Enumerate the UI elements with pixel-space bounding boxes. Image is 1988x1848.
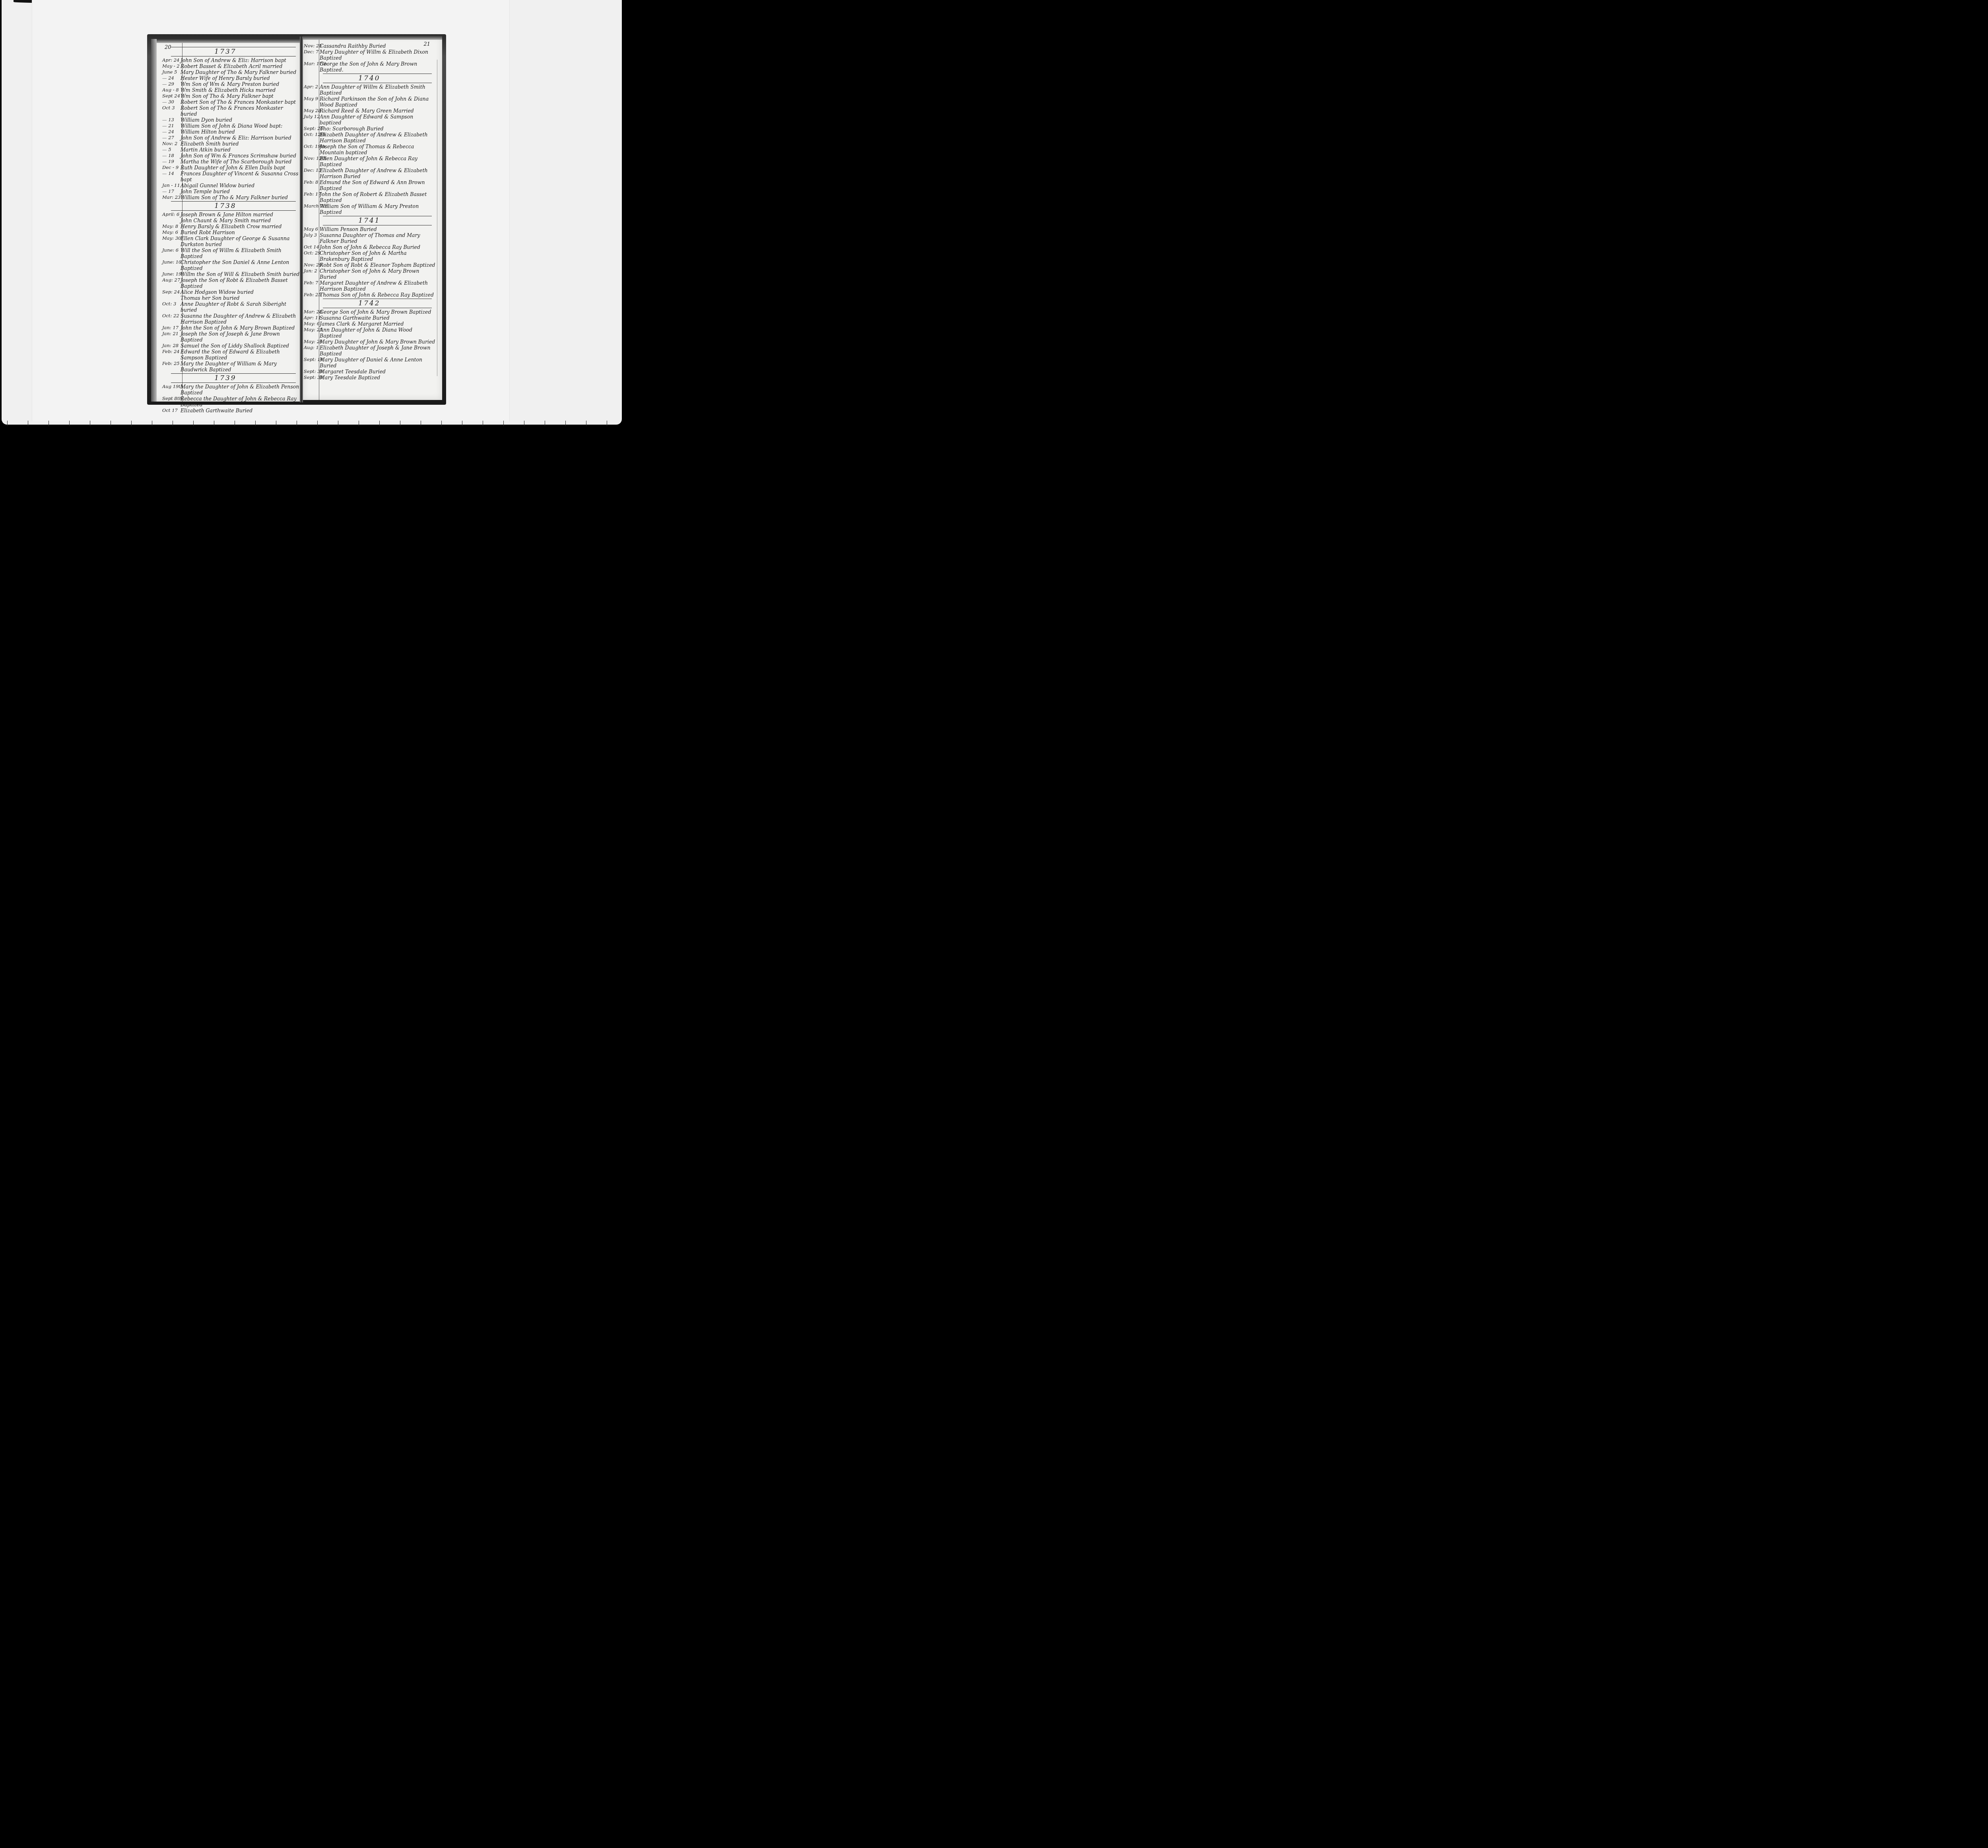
entry-text: Robt Son of Robt & Eleanor Topham Baptiz… [318,262,436,268]
ruled-line [323,83,432,83]
entry-text: John the Son of John & Mary Brown Baptiz… [179,325,300,331]
register-entry: Oct: 12thElizabeth Daughter of Andrew & … [303,132,436,144]
register-entry: July 3Susanna Daughter of Thomas and Mar… [303,232,436,244]
register-entry: Nov: 25Cassandra Raithby Buried [303,43,436,49]
register-entry: May 9Richard Parkinson the Son of John &… [303,96,436,108]
register-entry: Nov: 2Elizabeth Smith buried [151,141,300,147]
ruled-line [171,56,296,56]
entry-text: Elizabeth Daughter of Andrew & Elizabeth… [318,132,436,144]
entry-text: Elizabeth Smith buried [179,141,300,147]
entry-text: Ann Daughter of John & Diana Wood Baptiz… [318,327,436,339]
film-tick [90,421,90,426]
film-tick [503,421,504,426]
register-entry: Mar: 28George Son of John & Mary Brown B… [303,309,436,315]
entry-text: Robert Son of Tho & Frances Monkaster bu… [179,105,300,117]
entry-text: Tho: Scarborough Buried [318,126,436,132]
entry-date: — 18 [151,153,179,159]
entry-text: John Son of Wm & Frances Scrimshaw burie… [179,153,300,159]
entry-text: George Son of John & Mary Brown Baptized [318,309,436,315]
film-tick [400,421,400,426]
register-entry: May: 26Mary Daughter of John & Mary Brow… [303,339,436,345]
entry-date: — 24 [151,75,179,81]
left-page-entries: 1737Apr: 24John Son of Andrew & Eliz: Ha… [151,46,300,413]
film-tick [586,421,586,426]
entry-date: Aug: 1 [303,345,318,351]
entry-date: Jan: 28 [151,343,179,349]
entry-date: Mar: 28 [303,309,318,315]
film-tick [317,421,318,426]
entry-date: — 17 [151,188,179,194]
entry-date: Oct 14 [303,244,318,250]
entry-text: Mary Daughter of Willm & Elizabeth Dixon… [318,49,436,61]
entry-text: Robert Son of Tho & Frances Monkaster ba… [179,99,300,105]
entry-text: Susanna Garthwaite Buried [318,315,436,321]
entry-text: Richard Reed & Mary Green Married [318,108,436,114]
entry-date: May 28 [303,108,318,114]
ruled-line [171,373,296,374]
entry-text: Elizabeth Daughter of Andrew & Elizabeth… [318,167,436,179]
year-heading: 1739 [151,373,300,383]
film-tick [131,421,132,426]
register-entry: Jan: 17John the Son of John & Mary Brown… [151,325,300,331]
register-entry: John Chaunt & Mary Smith married [151,217,300,223]
register-entry: — 19Martha the Wife of Tho Scarborough b… [151,159,300,165]
entry-text: Samuel the Son of Liddy Shallock Baptize… [179,343,300,349]
entry-text: Edmund the Son of Edward & Ann Brown Bap… [318,179,436,191]
entry-date: May: 30 [151,235,179,241]
register-entry: June: 19Willm the Son of Will & Elizabet… [151,271,300,277]
register-entry: Sept 24Wm Son of Tho & Mary Falkner bapt [151,93,300,99]
entry-text: Margaret Teesdale Buried [318,369,436,375]
entry-date: — 19 [151,159,179,165]
entry-text: Richard Parkinson the Son of John & Dian… [318,96,436,108]
entry-text: William Penson Buried [318,226,436,232]
entry-text: Mary Daughter of Tho & Mary Falkner buri… [179,69,300,75]
entry-text: Willm the Son of Will & Elizabeth Smith … [179,271,300,277]
film-tick [255,421,256,426]
entry-date: Feb: 24 [151,349,179,355]
entry-text: Elizabeth Daughter of Joseph & Jane Brow… [318,345,436,357]
entry-text: Robert Basset & Elizabeth Acril married [179,63,300,69]
entry-date: — 27 [151,135,179,141]
entry-text: Joseph Brown & Jane Hilton married [179,212,300,217]
register-entry: May: 6James Clark & Margaret Married [303,321,436,327]
entry-text: Wm Son of Tho & Mary Falkner bapt [179,93,300,99]
ruled-line [171,201,296,202]
entry-date: Jan - 11 [151,182,179,188]
entry-date: Oct: 19th [303,144,318,149]
film-edge-ticks [0,419,623,426]
entry-date: — 13 [151,117,179,123]
entry-date: Feb: 17 [303,191,318,197]
entry-text: James Clark & Margaret Married [318,321,436,327]
film-tick [483,421,483,426]
entry-text: Abigail Gunnel Widow buried [179,182,300,188]
film-tick [49,421,49,426]
film-tick [193,421,194,426]
entry-text: Martha the Wife of Tho Scarborough burie… [179,159,300,165]
entry-text: William Son of Tho & Mary Falkner buried [179,194,300,200]
film-tick [214,421,214,426]
register-entry: May: 25Ann Daughter of John & Diana Wood… [303,327,436,339]
register-entry: — 24William Hilton buried [151,129,300,135]
entry-date: Nov: 29 [303,262,318,268]
film-tick [152,421,152,426]
register-entry: Dec - 9Ruth Daughter of John & Ellen Dai… [151,165,300,171]
register-entry: Feb: 17John the Son of Robert & Elizabet… [303,191,436,203]
entry-date: June: 19 [151,271,179,277]
ruled-line [171,382,296,383]
entry-date: May: 6 [151,229,179,235]
year-label: 1739 [214,374,236,382]
entry-date: Apr: 11 [303,315,318,321]
film-tick [565,421,566,426]
film-tick [276,421,276,426]
entry-date: Feb: 25 [151,361,179,367]
entry-text: Christopher Son of John & Mary Brown Bur… [318,268,436,280]
register-entry: Feb: 25Thomas Son of John & Rebecca Ray … [303,292,436,298]
register-entry: Aug: 27Joseph the Son of Robt & Elizabet… [151,277,300,289]
entry-text: William Hilton buried [179,129,300,135]
entry-date: — 21 [151,123,179,129]
entry-date: Oct: 29 [303,250,318,256]
entry-date: May 6 [303,226,318,232]
entry-text: Wm Son of Wm & Mary Preston buried [179,81,300,87]
register-entry: Sep: 24Alice Hodgson Widow buried [151,289,300,295]
ruled-line [323,225,432,225]
register-entry: Feb: 8Edmund the Son of Edward & Ann Bro… [303,179,436,191]
entry-text: Joseph the Son of Joseph & Jane Brown Ba… [179,331,300,343]
entry-text: Alice Hodgson Widow buried [179,289,300,295]
register-entry: Apr: 2Ann Daughter of Willm & Elizabeth … [303,84,436,96]
film-tick [235,421,235,426]
entry-date: Feb: 7 [303,280,318,286]
entry-date: June: 6 [151,247,179,253]
register-entry: Aug: 1Elizabeth Daughter of Joseph & Jan… [303,345,436,357]
register-entry: Oct: 22Susanna the Daughter of Andrew & … [151,313,300,325]
register-entry: — 30Robert Son of Tho & Frances Monkaste… [151,99,300,105]
entry-date: May: 6 [303,321,318,327]
register-entry: Oct: 19thJoseph the Son of Thomas & Rebe… [303,144,436,155]
register-entry: June 5Mary Daughter of Tho & Mary Falkne… [151,69,300,75]
book-spine [300,37,303,402]
register-entry: Apr: 24John Son of Andrew & Eliz: Harris… [151,57,300,63]
entry-text: Mary the Daughter of John & Elizabeth Pe… [179,384,300,396]
year-heading: 1737 [151,47,300,56]
entry-text: Ann Daughter of Willm & Elizabeth Smith … [318,84,436,96]
register-entry: — 21William Son of John & Diana Wood bap… [151,123,300,129]
entry-text: Mary Daughter of John & Mary Brown Burie… [318,339,436,345]
entry-text: Rebecca the Daughter of John & Rebecca R… [179,396,300,408]
register-entry: May 28Richard Reed & Mary Green Married [303,108,436,114]
register-entry: Oct 14John Son of John & Rebecca Ray Bur… [303,244,436,250]
register-entry: Oct: 3Anne Daughter of Robt & Sarah Sibe… [151,301,300,313]
entry-date: Sept: 30 [303,369,318,375]
entry-date: Feb: 25 [303,292,318,298]
register-entry: Feb: 7Margaret Daughter of Andrew & Eliz… [303,280,436,292]
entry-text: Joseph the Son of Thomas & Rebecca Mount… [318,144,436,155]
entry-text: George the Son of John & Mary Brown Bapt… [318,61,436,73]
year-heading: 1740 [303,74,436,83]
entry-date: — 5 [151,147,179,153]
entry-date: Sept: 14 [303,357,318,363]
entry-text: Buried Robt Harrison [179,229,300,235]
left-page: 20 1737Apr: 24John Son of Andrew & Eliz:… [151,39,300,402]
entry-date: Nov: 2 [151,141,179,147]
register-book: 20 1737Apr: 24John Son of Andrew & Eliz:… [147,34,446,405]
entry-date: Sep: 24 [151,289,179,295]
register-entry: Oct: 29Christopher Son of John & Martha … [303,250,436,262]
entry-text: Susanna the Daughter of Andrew & Elizabe… [179,313,300,325]
right-page-entries: Nov: 25Cassandra Raithby BuriedDec: 7Mar… [303,43,436,380]
register-entry: Sept: 30Mary Teesdale Baptized [303,375,436,380]
entry-text: Cassandra Raithby Buried [318,43,436,49]
film-tick [462,421,462,426]
register-entry: May: 8Henry Barsly & Elizabeth Crow marr… [151,223,300,229]
right-page-top-edge [303,36,442,40]
right-page: 21 Nov: 25Cassandra Raithby BuriedDec: 7… [303,36,442,400]
entry-text: Wm Smith & Elizabeth Hicks married [179,87,300,93]
film-tick [7,421,8,426]
entry-date: Apr: 2 [303,84,318,90]
register-entry: Thomas her Son buried [151,295,300,301]
register-entry: — 14Frances Daughter of Vincent & Susann… [151,171,300,182]
film-tick [441,421,442,426]
entry-date: Jan: 2 [303,268,318,274]
entry-text: Thomas Son of John & Rebecca Ray Baptize… [318,292,436,298]
film-tick [421,421,421,426]
entry-text: John the Son of Robert & Elizabeth Basse… [318,191,436,203]
register-entry: Aug - 8Wm Smith & Elizabeth Hicks marrie… [151,87,300,93]
entry-date: Oct: 22 [151,313,179,319]
register-entry: Mar: 23William Son of Tho & Mary Falkner… [151,194,300,200]
entry-text: Christopher the Son Daniel & Anne Lenton… [179,259,300,271]
entry-date: Oct 17 [151,408,179,413]
ruled-line [323,216,432,216]
register-entry: — 29Wm Son of Wm & Mary Preston buried [151,81,300,87]
film-tick [359,421,359,426]
entry-date: Nov: 25 [303,43,318,49]
register-entry: April: 6Joseph Brown & Jane Hilton marri… [151,212,300,217]
entry-date: Oct: 12th [303,132,318,138]
register-entry: — 18John Son of Wm & Frances Scrimshaw b… [151,153,300,159]
year-heading: 1738 [151,201,300,211]
entry-date: — 14 [151,171,179,177]
entry-text: Ellen Clark Daughter of George & Susanna… [179,235,300,247]
entry-text: Ellen Daughter of John & Rebecca Ray Bap… [318,155,436,167]
film-tick [524,421,524,426]
register-entry: Sept: 26Tho: Scarborough Buried [303,126,436,132]
entry-date: Sept 8th [151,396,179,402]
register-entry: Oct 3Robert Son of Tho & Frances Monkast… [151,105,300,117]
entry-date: April: 6 [151,212,179,217]
entry-text: Mary Teesdale Baptized [318,375,436,380]
entry-date: July 12 [303,114,318,120]
entry-text: Elizabeth Garthwaite Buried [179,408,300,413]
entry-date: Nov: 13th [303,155,318,161]
register-entry: June: 6Will the Son of Willm & Elizabeth… [151,247,300,259]
entry-date: Aug - 8 [151,87,179,93]
film-tick [111,421,111,426]
entry-text: William Son of William & Mary Preston Ba… [318,203,436,215]
film-tick [297,421,297,426]
film-tick [379,421,380,426]
entry-date: May: 26 [303,339,318,345]
entry-date: Sept 24 [151,93,179,99]
entry-text: Hester Wife of Henry Barsly buried [179,75,300,81]
entry-text: John Son of Andrew & Eliz: Harrison bapt [179,57,300,63]
entry-date: Aug 19th [151,384,179,390]
entry-text: Joseph the Son of Robt & Elizabeth Basse… [179,277,300,289]
entry-text: Frances Daughter of Vincent & Susanna Cr… [179,171,300,182]
entry-date: Apr: 24 [151,57,179,63]
year-heading: 1742 [303,299,436,308]
register-entry: May - 2Robert Basset & Elizabeth Acril m… [151,63,300,69]
register-entry: — 5Martin Atkin buried [151,147,300,153]
entry-text: Mary the Daughter of William & Mary Baud… [179,361,300,373]
entry-text: Will the Son of Willm & Elizabeth Smith … [179,247,300,259]
entry-date: May: 25 [303,327,318,333]
entry-date: July 3 [303,232,318,238]
ruled-line [323,74,432,74]
entry-text: Ann Daughter of Edward & Sampson baptize… [318,114,436,126]
register-entry: June: 10Christopher the Son Daniel & Ann… [151,259,300,271]
entry-text: John Temple buried [179,188,300,194]
entry-text: John Son of John & Rebecca Ray Buried [318,244,436,250]
register-entry: — 13William Dyon buried [151,117,300,123]
entry-date: May: 8 [151,223,179,229]
register-entry: Dec: 13Elizabeth Daughter of Andrew & El… [303,167,436,179]
film-tick [28,421,28,426]
register-entry: Apr: 11Susanna Garthwaite Buried [303,315,436,321]
entry-text: Edward the Son of Edward & Elizabeth Sam… [179,349,300,361]
entry-date: Dec: 7 [303,49,318,55]
year-label: 1738 [214,202,236,210]
register-entry: — 24Hester Wife of Henry Barsly buried [151,75,300,81]
register-entry: — 17John Temple buried [151,188,300,194]
entry-date: Oct: 3 [151,301,179,307]
entry-text: John Son of Andrew & Eliz: Harrison buri… [179,135,300,141]
entry-text: Christopher Son of John & Martha Brakenb… [318,250,436,262]
entry-date: Dec: 13 [303,167,318,173]
entry-text: Susanna Daughter of Thomas and Mary Falk… [318,232,436,244]
year-label: 1737 [214,48,236,56]
entry-date: Aug: 27 [151,277,179,283]
entry-date: Sept: 26 [303,126,318,132]
register-entry: Nov: 29Robt Son of Robt & Eleanor Topham… [303,262,436,268]
year-heading: 1741 [303,216,436,225]
entry-text: Martin Atkin buried [179,147,300,153]
register-entry: Sept: 14Mary Daughter of Daniel & Anne L… [303,357,436,369]
entry-date: Mar: 17th [303,61,318,67]
entry-date: Oct 3 [151,105,179,111]
film-tick [545,421,545,426]
register-entry: May 6William Penson Buried [303,226,436,232]
register-entry: Aug 19thMary the Daughter of John & Eliz… [151,384,300,396]
entry-text: Anne Daughter of Robt & Sarah Siberight … [179,301,300,313]
entry-date: June: 10 [151,259,179,265]
entry-date: May 9 [303,96,318,102]
year-label: 1742 [358,299,380,307]
entry-date: Mar: 23 [151,194,179,200]
register-entry: May: 6Buried Robt Harrison [151,229,300,235]
year-label: 1741 [358,217,380,225]
entry-date: — 24 [151,129,179,135]
register-entry: Feb: 24Edward the Son of Edward & Elizab… [151,349,300,361]
film-tick [173,421,173,426]
film-tick [338,421,338,426]
register-entry: Mar: 17thGeorge the Son of John & Mary B… [303,61,436,73]
register-entry: Jan: 2Christopher Son of John & Mary Bro… [303,268,436,280]
entry-text: Mary Daughter of Daniel & Anne Lenton Bu… [318,357,436,369]
register-entry: March 7thWilliam Son of William & Mary P… [303,203,436,215]
register-entry: Nov: 13thEllen Daughter of John & Rebecc… [303,155,436,167]
film-tick [607,421,607,426]
entry-text: Thomas her Son buried [179,295,300,301]
register-entry: Dec: 7Mary Daughter of Willm & Elizabeth… [303,49,436,61]
entry-date: Jan: 17 [151,325,179,331]
register-entry: July 12Ann Daughter of Edward & Sampson … [303,114,436,126]
entry-date: June 5 [151,69,179,75]
ruled-line [171,47,296,47]
right-margin-stub: 9 · 1 · 8 · 12 · 13 · 14 · 10 · 17 · 8 ·… [437,60,441,376]
entry-date: March 7th [303,203,318,209]
register-entry: Sept: 30Margaret Teesdale Buried [303,369,436,375]
register-entry: May: 30Ellen Clark Daughter of George & … [151,235,300,247]
register-entry: Jan: 21Joseph the Son of Joseph & Jane B… [151,331,300,343]
entry-text: John Chaunt & Mary Smith married [179,217,300,223]
entry-date: — 30 [151,99,179,105]
year-label: 1740 [358,74,380,82]
ruled-line [171,210,296,211]
entry-date: Dec - 9 [151,165,179,171]
register-entry: Feb: 25Mary the Daughter of William & Ma… [151,361,300,373]
register-entry: Jan - 11Abigail Gunnel Widow buried [151,182,300,188]
ruled-line [323,299,432,299]
register-entry: — 27John Son of Andrew & Eliz: Harrison … [151,135,300,141]
entry-date: Sept: 30 [303,375,318,380]
register-entry: Jan: 28Samuel the Son of Liddy Shallock … [151,343,300,349]
entry-date: May - 2 [151,63,179,69]
entry-date: Jan: 21 [151,331,179,337]
entry-text: William Son of John & Diana Wood bapt: [179,123,300,129]
register-entry: Oct 17Elizabeth Garthwaite Buried [151,408,300,413]
ruled-line [323,308,432,308]
entry-date: Feb: 8 [303,179,318,185]
entry-date: — 29 [151,81,179,87]
left-page-top-edge [151,39,300,43]
entry-text: Ruth Daughter of John & Ellen Dails bapt [179,165,300,171]
entry-text: Margaret Daughter of Andrew & Elizabeth … [318,280,436,292]
film-tick [69,421,70,426]
entry-text: William Dyon buried [179,117,300,123]
register-entry: Sept 8thRebecca the Daughter of John & R… [151,396,300,408]
entry-text: Henry Barsly & Elizabeth Crow married [179,223,300,229]
